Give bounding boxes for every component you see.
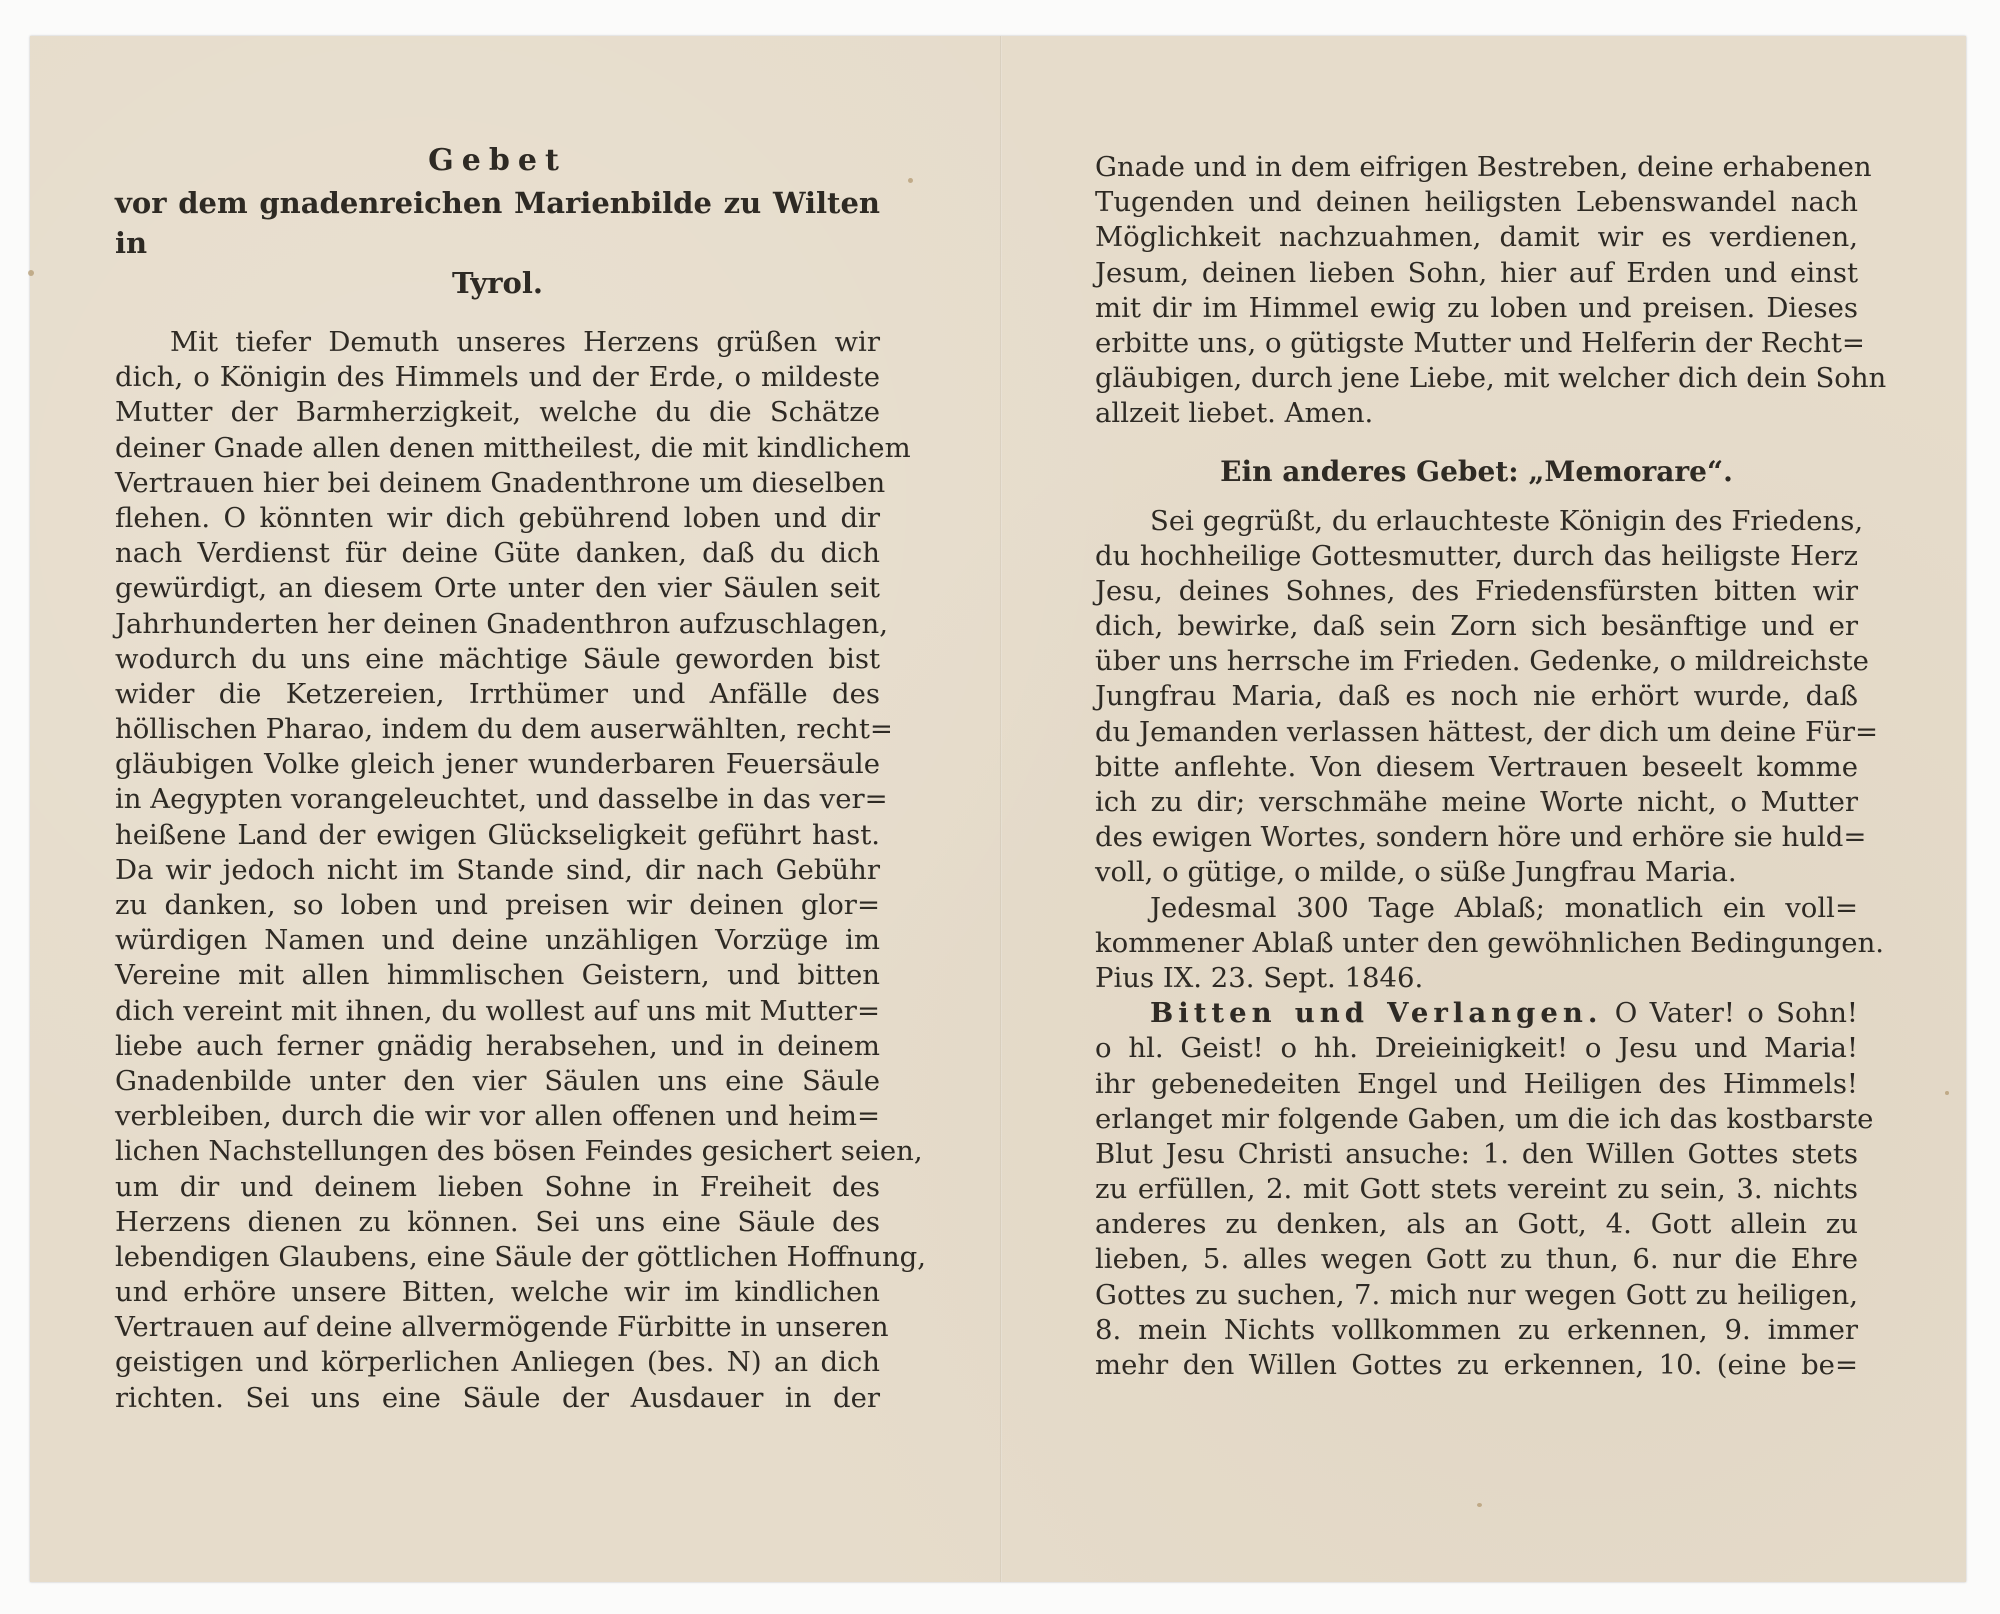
memorare-body: Sei gegrüßt, du erlauchteste Königin des… <box>1095 504 1858 891</box>
text-line: du hochheilige Gottesmutter, durch das h… <box>1095 539 1858 574</box>
left-page: Gebet vor dem gnadenreichen Marienbilde … <box>115 36 880 1582</box>
text-line: ihr gebenedeiten Engel und Heiligen des … <box>1095 1067 1858 1102</box>
text-line: dich vereint mit ihnen, du wollest auf u… <box>115 994 880 1029</box>
text-line: Jungfrau Maria, daß es noch nie erhört w… <box>1095 679 1858 714</box>
text-line: deiner Gnade allen denen mittheilest, di… <box>115 431 880 466</box>
text-line: voll, o gütige, o milde, o süße Jungfrau… <box>1095 855 1858 890</box>
text-line: liebe auch ferner gnädig herabsehen, und… <box>115 1029 880 1064</box>
text-line: gewürdigt, an diesem Orte unter den vier… <box>115 571 880 606</box>
petitions-first-text: O Vater! o Sohn! <box>1615 997 1858 1029</box>
text-line: um dir und deinem lieben Sohne in Freihe… <box>115 1170 880 1205</box>
text-line: über uns herrsche im Frieden. Gedenke, o… <box>1095 644 1858 679</box>
text-line: gläubigen, durch jene Liebe, mit welcher… <box>1095 361 1858 396</box>
text-line: in Aegypten vorangeleuchtet, und dasselb… <box>115 782 880 817</box>
paper-speck <box>1945 1091 1949 1095</box>
text-line: dich, bewirke, daß sein Zorn sich besänf… <box>1095 609 1858 644</box>
prayer-subtitle-line2: Tyrol. <box>115 263 880 303</box>
text-line: dich, o Königin des Himmels und der Erde… <box>115 360 880 395</box>
booklet-spread: Gebet vor dem gnadenreichen Marienbilde … <box>30 36 1966 1582</box>
text-line: würdigen Namen und deine unzähligen Vorz… <box>115 923 880 958</box>
text-line: Blut Jesu Christi ansuche: 1. den Willen… <box>1095 1137 1858 1172</box>
text-line: richten. Sei uns eine Säule der Ausdauer… <box>115 1381 880 1416</box>
paper-speck <box>908 178 913 183</box>
text-line: Jedesmal 300 Tage Ablaß; monatlich ein v… <box>1095 891 1858 926</box>
text-line: ich zu dir; verschmähe meine Worte nicht… <box>1095 785 1858 820</box>
text-line: verbleiben, durch die wir vor allen offe… <box>115 1099 880 1134</box>
indulgence-note: Jedesmal 300 Tage Ablaß; monatlich ein v… <box>1095 891 1858 997</box>
prayer-body: Mit tiefer Demuth unseres Herzens grüßen… <box>115 325 880 1416</box>
prayer-subtitle-line1: vor dem gnadenreichen Marienbilde zu Wil… <box>115 183 880 263</box>
text-line: erbitte uns, o gütigste Mutter und Helfe… <box>1095 326 1858 361</box>
text-line: o hl. Geist! o hh. Dreieinigkeit! o Jesu… <box>1095 1031 1858 1066</box>
text-line: erlanget mir folgende Gaben, um die ich … <box>1095 1102 1858 1137</box>
text-line: Bitten und Verlangen. O Vater! o Sohn! <box>1095 996 1858 1031</box>
text-line: flehen. O könnten wir dich gebührend lob… <box>115 501 880 536</box>
petitions-label: Bitten und Verlangen. <box>1150 997 1602 1029</box>
text-line: Gnadenbilde unter den vier Säulen uns ei… <box>115 1064 880 1099</box>
text-line: Vertrauen auf deine allvermögende Fürbit… <box>115 1310 880 1345</box>
petitions-body: Bitten und Verlangen. O Vater! o Sohn! o… <box>1095 996 1858 1383</box>
paper-speck <box>28 270 34 276</box>
text-line: Jesu, deines Sohnes, des Friedensfürsten… <box>1095 574 1858 609</box>
text-line: heißene Land der ewigen Glückseligkeit g… <box>115 818 880 853</box>
text-line: wodurch du uns eine mächtige Säule gewor… <box>115 642 880 677</box>
text-line: Pius IX. 23. Sept. 1846. <box>1095 961 1858 996</box>
text-line: wider die Ketzereien, Irrthümer und Anfä… <box>115 677 880 712</box>
text-line: lebendigen Glaubens, eine Säule der gött… <box>115 1240 880 1275</box>
text-line: Sei gegrüßt, du erlauchteste Königin des… <box>1095 504 1858 539</box>
text-line: gläubigen Volke gleich jener wunderbaren… <box>115 747 880 782</box>
text-line: kommener Ablaß unter den gewöhnlichen Be… <box>1095 926 1858 961</box>
text-line: mit dir im Himmel ewig zu loben und prei… <box>1095 291 1858 326</box>
text-line: des ewigen Wortes, sondern höre und erhö… <box>1095 820 1858 855</box>
text-line: Mit tiefer Demuth unseres Herzens grüßen… <box>115 325 880 360</box>
text-line: Jahrhunderten her deinen Gnadenthron auf… <box>115 607 880 642</box>
text-line: Möglichkeit nachzuahmen, damit wir es ve… <box>1095 220 1858 255</box>
text-line: zu erfüllen, 2. mit Gott stets vereint z… <box>1095 1172 1858 1207</box>
text-line: höllischen Pharao, indem du dem auserwäh… <box>115 712 880 747</box>
text-line: Vertrauen hier bei deinem Gnadenthrone u… <box>115 466 880 501</box>
text-line: Da wir jedoch nicht im Stande sind, dir … <box>115 853 880 888</box>
text-line: lieben, 5. alles wegen Gott zu thun, 6. … <box>1095 1242 1858 1277</box>
text-line: lichen Nachstellungen des bösen Feindes … <box>115 1134 880 1169</box>
text-line: Gottes zu suchen, 7. mich nur wegen Gott… <box>1095 1278 1858 1313</box>
text-line: Tugenden und deinen heiligsten Lebenswan… <box>1095 185 1858 220</box>
text-line: Herzens dienen zu können. Sei uns eine S… <box>115 1205 880 1240</box>
text-line: 8. mein Nichts vollkommen zu erkennen, 9… <box>1095 1313 1858 1348</box>
right-page: Gnade und in dem eifrigen Bestreben, dei… <box>1095 36 1858 1582</box>
text-line: zu danken, so loben und preisen wir dein… <box>115 888 880 923</box>
memorare-heading: Ein anderes Gebet: „Memorare“. <box>1095 452 1858 492</box>
text-line: anderes zu denken, als an Gott, 4. Gott … <box>1095 1207 1858 1242</box>
prayer-title: Gebet <box>115 143 880 179</box>
text-line: du Jemanden verlassen hättest, der dich … <box>1095 715 1858 750</box>
text-line: und erhöre unsere Bitten, welche wir im … <box>115 1275 880 1310</box>
text-line: nach Verdienst für deine Güte danken, da… <box>115 536 880 571</box>
text-line: Gnade und in dem eifrigen Bestreben, dei… <box>1095 150 1858 185</box>
text-line: Jesum, deinen lieben Sohn, hier auf Erde… <box>1095 256 1858 291</box>
text-line: mehr den Willen Gottes zu erkennen, 10. … <box>1095 1348 1858 1383</box>
center-fold <box>1000 36 1002 1582</box>
text-line: allzeit liebet. Amen. <box>1095 396 1858 431</box>
text-line: geistigen und körperlichen Anliegen (bes… <box>115 1345 880 1380</box>
text-line: bitte anflehte. Von diesem Vertrauen bes… <box>1095 750 1858 785</box>
prayer-continuation: Gnade und in dem eifrigen Bestreben, dei… <box>1095 150 1858 432</box>
text-line: Vereine mit allen himmlischen Geistern, … <box>115 958 880 993</box>
text-line: Mutter der Barmherzigkeit, welche du die… <box>115 395 880 430</box>
